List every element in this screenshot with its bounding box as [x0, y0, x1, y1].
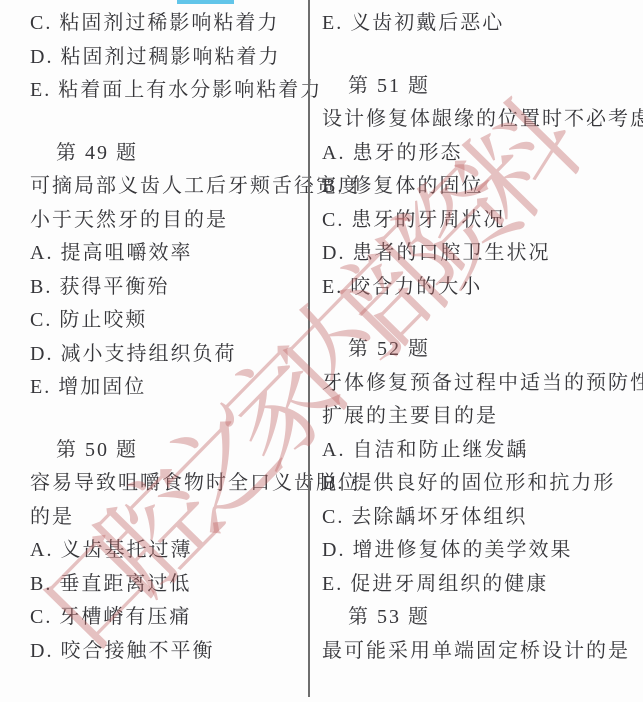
answer-option-line: A. 自洁和防止继发龋 — [322, 434, 637, 468]
answer-option-line: E. 增加固位 — [30, 371, 310, 405]
question-stem-line: 最可能采用单端固定桥设计的是 — [322, 635, 637, 669]
answer-option-line: C. 防止咬颊 — [30, 304, 310, 338]
answer-option-line: A. 义齿基托过薄 — [30, 534, 310, 568]
right-question-column: E. 义齿初戴后恶心第 51 题设计修复体龈缘的位置时不必考虑A. 患牙的形态B… — [322, 7, 637, 668]
highlight-artifact — [177, 0, 234, 4]
answer-option-line: D. 粘固剂过稠影响粘着力 — [30, 41, 310, 75]
question-stem-line: 可摘局部义齿人工后牙颊舌径宽度 — [30, 170, 310, 204]
answer-option-line: B. 提供良好的固位形和抗力形 — [322, 467, 637, 501]
answer-option-line: D. 咬合接触不平衡 — [30, 635, 310, 669]
exam-page: C. 粘固剂过稀影响粘着力D. 粘固剂过稠影响粘着力E. 粘着面上有水分影响粘着… — [0, 0, 643, 702]
question-stem-line: 扩展的主要目的是 — [322, 400, 637, 434]
question-stem-line: 小于天然牙的目的是 — [30, 204, 310, 238]
answer-option-line: C. 去除龋坏牙体组织 — [322, 501, 637, 535]
question-number-header: 第 50 题 — [30, 434, 310, 468]
question-number-header: 第 51 题 — [322, 70, 637, 104]
answer-option-line: E. 咬合力的大小 — [322, 271, 637, 305]
answer-option-line: E. 促进牙周组织的健康 — [322, 568, 637, 602]
answer-option-line: B. 垂直距离过低 — [30, 568, 310, 602]
answer-option-line: C. 粘固剂过稀影响粘着力 — [30, 7, 310, 41]
question-number-header: 第 53 题 — [322, 601, 637, 635]
answer-option-line: D. 患者的口腔卫生状况 — [322, 237, 637, 271]
question-stem-line: 的是 — [30, 501, 310, 535]
question-stem-line: 容易导致咀嚼食物时全口义齿脱位 — [30, 467, 310, 501]
question-number-header: 第 52 题 — [322, 333, 637, 367]
answer-option-line: D. 增进修复体的美学效果 — [322, 534, 637, 568]
answer-option-line: A. 患牙的形态 — [322, 137, 637, 171]
answer-option-line: C. 患牙的牙周状况 — [322, 204, 637, 238]
answer-option-line: B. 修复体的固位 — [322, 170, 637, 204]
answer-option-line: A. 提高咀嚼效率 — [30, 237, 310, 271]
answer-option-line: E. 义齿初戴后恶心 — [322, 7, 637, 41]
question-stem-line: 牙体修复预备过程中适当的预防性 — [322, 367, 637, 401]
answer-option-line: C. 牙槽嵴有压痛 — [30, 601, 310, 635]
column-divider — [308, 0, 310, 697]
answer-option-line: B. 获得平衡殆 — [30, 271, 310, 305]
answer-option-line: E. 粘着面上有水分影响粘着力 — [30, 74, 310, 108]
question-number-header: 第 49 题 — [30, 137, 310, 171]
answer-option-line: D. 减小支持组织负荷 — [30, 338, 310, 372]
left-question-column: C. 粘固剂过稀影响粘着力D. 粘固剂过稠影响粘着力E. 粘着面上有水分影响粘着… — [30, 7, 310, 668]
question-stem-line: 设计修复体龈缘的位置时不必考虑 — [322, 103, 637, 137]
